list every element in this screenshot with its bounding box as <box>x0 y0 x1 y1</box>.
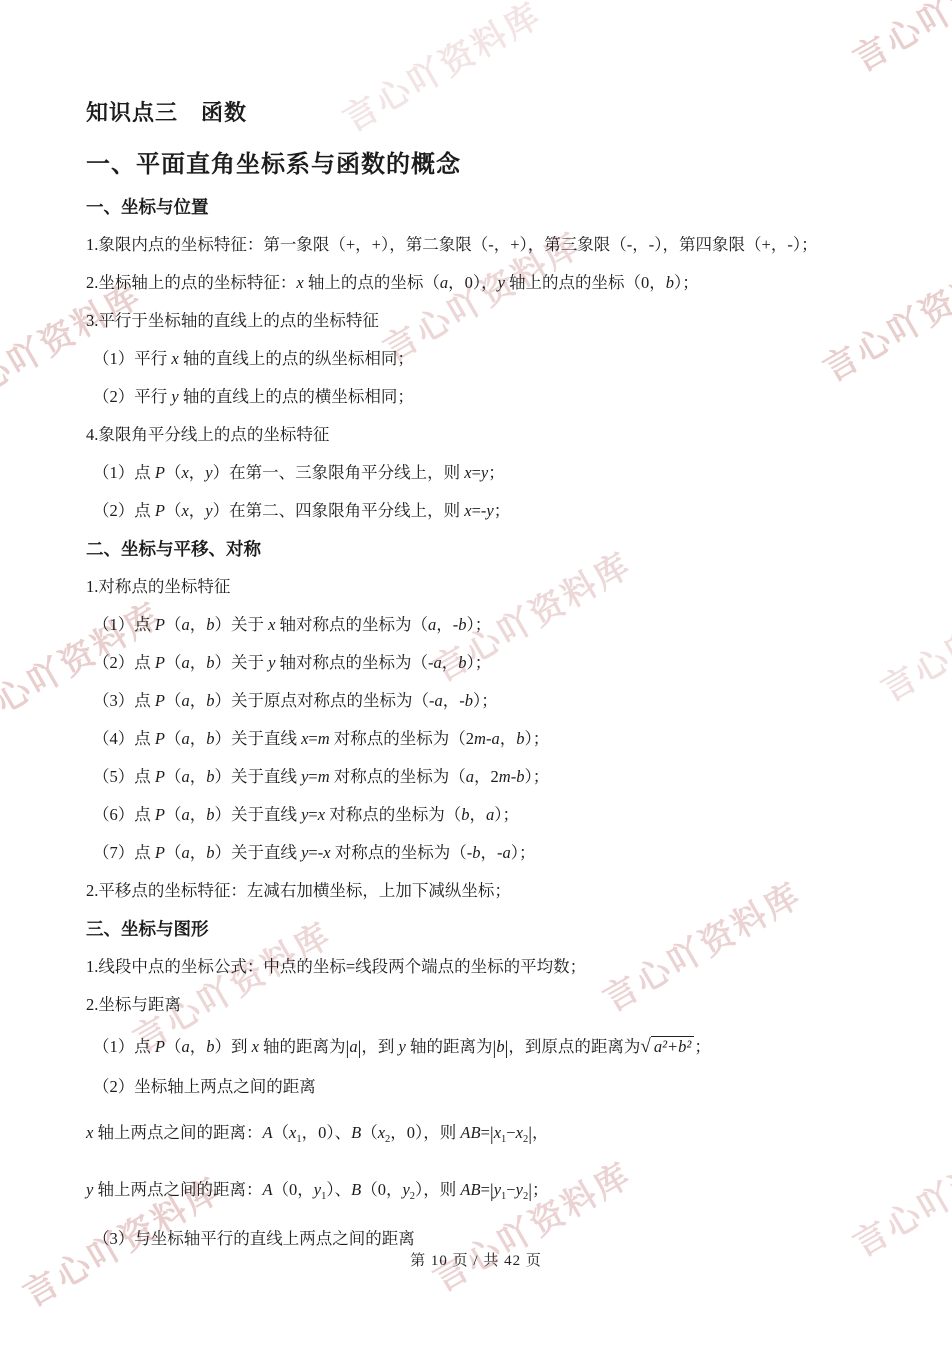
page-content: 知识点三 函数 一、平面直角坐标系与函数的概念 一、坐标与位置1.象限内点的坐标… <box>0 0 952 1258</box>
body-line: 2.坐标与距离 <box>86 986 896 1024</box>
subheading: 二、坐标与平移、对称 <box>86 530 896 568</box>
body-line: 3.平行于坐标轴的直线上的点的坐标特征 <box>86 302 896 340</box>
body-line: （2）点 P（x，y）在第二、四象限角平分线上，则 x=-y； <box>86 492 896 530</box>
body-line: （3）点 P（a，b）关于原点对称点的坐标为（-a，-b）； <box>86 682 896 720</box>
body-line: （1）点 P（a，b）到 x 轴的距离为|a|，到 y 轴的距离为|b|，到原点… <box>86 1028 896 1068</box>
body-line: 4.象限角平分线上的点的坐标特征 <box>86 416 896 454</box>
body-line: 2.坐标轴上的点的坐标特征：x 轴上的点的坐标（a，0），y 轴上的点的坐标（0… <box>86 264 896 302</box>
body-line: y 轴上两点之间的距离：A（0，y1）、B（0，y2），则 AB=|y1−y2|… <box>86 1171 896 1216</box>
subheading: 一、坐标与位置 <box>86 188 896 226</box>
body-line: （6）点 P（a，b）关于直线 y=x 对称点的坐标为（b，a）； <box>86 796 896 834</box>
section-heading: 一、平面直角坐标系与函数的概念 <box>86 146 896 184</box>
body-line: （1）点 P（a，b）关于 x 轴对称点的坐标为（a，-b）； <box>86 606 896 644</box>
body-line: （1）平行 x 轴的直线上的点的纵坐标相同； <box>86 340 896 378</box>
body-line: （5）点 P（a，b）关于直线 y=m 对称点的坐标为（a，2m-b）； <box>86 758 896 796</box>
footer-page-number: 第 10 页 / 共 42 页 <box>0 1249 952 1270</box>
document-page: 言心吖资料库言心吖资料库言心吖资料库言心吖资料库言心吖资料库言心吖资料库言心吖资… <box>0 0 952 1347</box>
page-title: 知识点三 函数 <box>86 96 896 130</box>
body-line: 1.线段中点的坐标公式：中点的坐标=线段两个端点的坐标的平均数； <box>86 948 896 986</box>
subheading: 三、坐标与图形 <box>86 910 896 948</box>
body-line: x 轴上两点之间的距离：A（x1，0）、B（x2，0），则 AB=|x1−x2|… <box>86 1114 896 1159</box>
body-line: 2.平移点的坐标特征：左减右加横坐标，上加下减纵坐标； <box>86 872 896 910</box>
paragraphs: 一、坐标与位置1.象限内点的坐标特征：第一象限（+，+），第二象限（-，+），第… <box>86 188 896 1258</box>
body-line: （2）平行 y 轴的直线上的点的横坐标相同； <box>86 378 896 416</box>
body-line: （2）坐标轴上两点之间的距离 <box>86 1068 896 1106</box>
body-line: （7）点 P（a，b）关于直线 y=-x 对称点的坐标为（-b，-a）； <box>86 834 896 872</box>
body-line: （4）点 P（a，b）关于直线 x=m 对称点的坐标为（2m-a，b）； <box>86 720 896 758</box>
body-line: （2）点 P（a，b）关于 y 轴对称点的坐标为（-a，b）； <box>86 644 896 682</box>
body-line: 1.对称点的坐标特征 <box>86 568 896 606</box>
body-line: 1.象限内点的坐标特征：第一象限（+，+），第二象限（-，+），第三象限（-，-… <box>86 226 896 264</box>
body-line: （1）点 P（x，y）在第一、三象限角平分线上，则 x=y； <box>86 454 896 492</box>
